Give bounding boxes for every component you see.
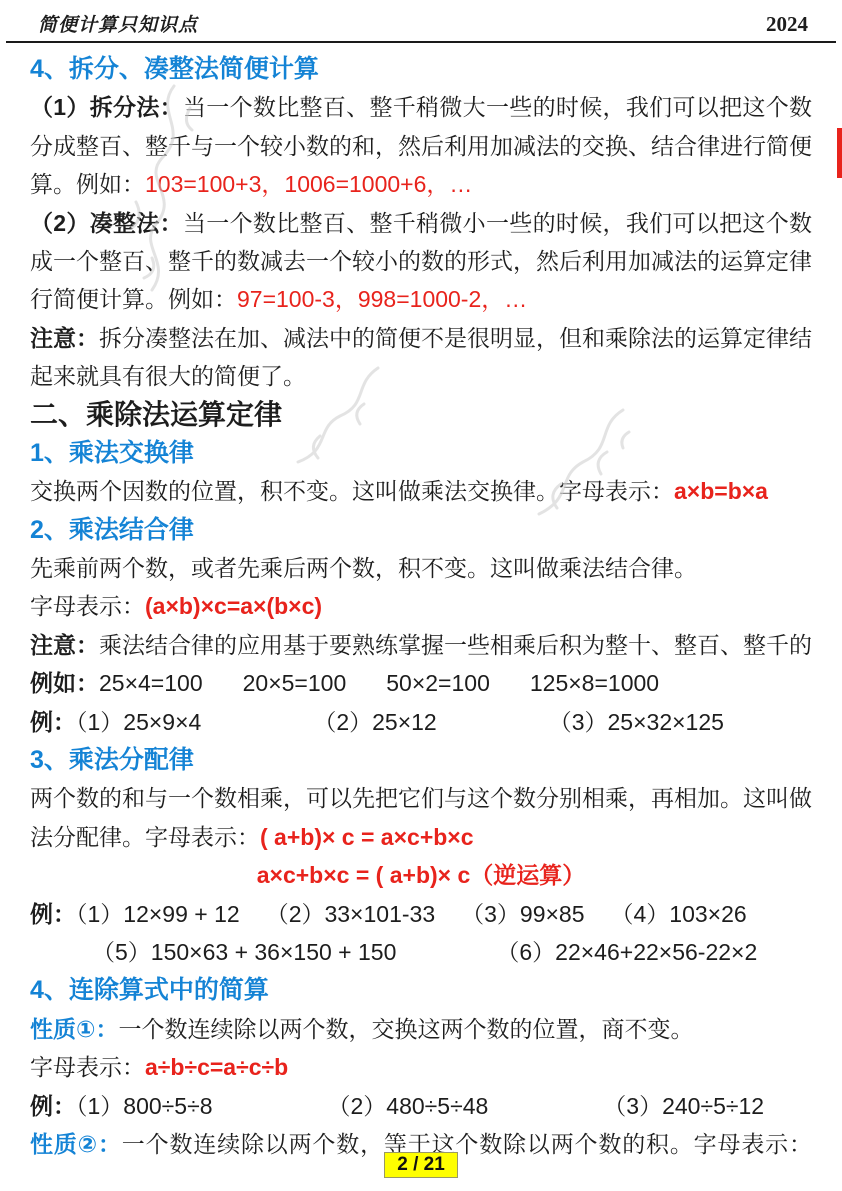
distributive-law-line2: 法分配律。字母表示：( a+b)× c = a×c+b×c	[30, 818, 812, 856]
associative-law-line2: 字母表示：(a×b)×c=a×(b×c)	[30, 587, 812, 625]
exercise-label: 例：	[30, 901, 76, 927]
page-header: 简便计算只知识点 2024	[0, 0, 842, 39]
exercise-item: （1）25×9×4	[76, 709, 201, 735]
split-example-formula: 103=100+3，1006=1000+6，…	[145, 171, 472, 197]
exercise-label: 例：	[30, 1093, 76, 1119]
para-round-line3: 行简便计算。例如：97=100-3，998=1000-2，…	[30, 280, 812, 318]
round-text-3: 行简便计算。例如：	[30, 286, 237, 312]
para-round-line2: 成一个整百、整千的数减去一个较小的数的形式，然后利用加减法的运算定律进	[30, 242, 812, 280]
commutative-law-line: 交换两个因数的位置，积不变。这叫做乘法交换律。字母表示：a×b=b×a	[30, 472, 812, 510]
distributive-exercises-row1: 例：（1）12×99 + 12（2）33×101-33（3）99×85（4）10…	[30, 895, 812, 933]
para-split-line3: 算。例如：103=100+3，1006=1000+6，…	[30, 165, 812, 203]
heading-commutative-law: 1、乘法交换律	[30, 434, 812, 472]
document-body: 4、拆分、凑整法简便计算 （1）拆分法：当一个数比整百、整千稍微大一些的时候，我…	[0, 43, 842, 1163]
exercise-item: （6）22×46+22×56-22×2	[496, 939, 757, 965]
document-page: 简便计算只知识点 2024 4、拆分、凑整法简便计算 （1）拆分法：当一个数比整…	[0, 0, 842, 1191]
exercise-item: （2）480÷5÷48	[328, 1093, 489, 1119]
distributive-law-line1: 两个数的和与一个数相乘，可以先把它们与这个数分别相乘，再相加。这叫做乘	[30, 779, 812, 817]
associative-text: 先乘前两个数，或者先乘后两个数，积不变。这叫做乘法结合律。	[30, 555, 697, 581]
page-indicator: 2 / 21	[384, 1152, 458, 1178]
associative-exercises-line: 例：（1）25×9×4（2）25×12（3）25×32×125	[30, 703, 812, 741]
split-method-label: （1）拆分法：	[30, 94, 183, 120]
para-split-line1: （1）拆分法：当一个数比整百、整千稍微大一些的时候，我们可以把这个数拆	[30, 88, 812, 126]
heading-distributive-law: 3、乘法分配律	[30, 741, 812, 779]
associative-formula: (a×b)×c=a×(b×c)	[145, 593, 322, 619]
distributive-inverse-line: a×c+b×c = ( a+b)× c（逆运算）	[30, 856, 812, 894]
division-exercises-line: 例：（1）800÷5÷8（2）480÷5÷48（3）240÷5÷12	[30, 1087, 812, 1125]
letter-notation-label: 字母表示：	[30, 593, 145, 619]
round-method-label: （2）凑整法：	[30, 210, 183, 236]
example-pair: 25×4=100	[99, 670, 203, 696]
division-property1-line: 性质①：一个数连续除以两个数，交换这两个数的位置，商不变。	[30, 1010, 812, 1048]
division-formula-line: 字母表示：a÷b÷c=a÷c÷b	[30, 1048, 812, 1086]
exercise-item: （3）25×32×125	[549, 709, 724, 735]
red-edge-mark	[837, 128, 842, 178]
round-text-2: 成一个整百、整千的数减去一个较小的数的形式，然后利用加减法的运算定律进	[30, 248, 812, 280]
commutative-text: 交换两个因数的位置，积不变。这叫做乘法交换律。字母表示：	[30, 478, 674, 504]
page-footer: 2 / 21	[0, 1152, 842, 1178]
exercise-item: （3）240÷5÷12	[603, 1093, 764, 1119]
commutative-formula: a×b=b×a	[674, 478, 768, 504]
exercise-label: 例：	[30, 709, 76, 735]
associative-examples-line: 例如：25×4=10020×5=10050×2=100125×8=1000	[30, 664, 812, 702]
property1-text: 一个数连续除以两个数，交换这两个数的位置，商不变。	[118, 1016, 693, 1042]
distributive-text-2: 法分配律。字母表示：	[30, 824, 260, 850]
note-label: 注意：	[30, 632, 99, 658]
split-text-2: 分成整百、整千与一个较小数的和，然后利用加减法的交换、结合律进行简便计	[30, 133, 812, 165]
distributive-exercises-row2: （5）150×63 + 36×150 + 150（6）22×46+22×56-2…	[30, 933, 812, 971]
para-round-line1: （2）凑整法：当一个数比整百、整千稍微小一些的时候，我们可以把这个数写	[30, 204, 812, 242]
note1-line2: 起来就具有很大的简便了。	[30, 357, 812, 395]
example-pair: 50×2=100	[386, 670, 490, 696]
exercise-item: （1）12×99 + 12	[76, 901, 240, 927]
header-year: 2024	[766, 12, 808, 37]
associative-note-text: 乘法结合律的应用基于要熟练掌握一些相乘后积为整十、整百、整千的数。	[30, 632, 812, 664]
round-example-formula: 97=100-3，998=1000-2，…	[237, 286, 527, 312]
example-pair: 125×8=1000	[530, 670, 659, 696]
distributive-inverse-formula: a×c+b×c = ( a+b)× c（逆运算）	[257, 862, 586, 888]
heading-associative-law: 2、乘法结合律	[30, 511, 812, 549]
exercise-item: （4）103×26	[611, 901, 747, 927]
note1-line1: 注意：拆分凑整法在加、减法中的简便不是很明显，但和乘除法的运算定律结合	[30, 319, 812, 357]
heading-serial-division: 4、连除算式中的简算	[30, 971, 812, 1009]
para-split-line2: 分成整百、整千与一个较小数的和，然后利用加减法的交换、结合律进行简便计	[30, 127, 812, 165]
property1-label: 性质①：	[30, 1016, 118, 1042]
note-label: 注意：	[30, 325, 99, 351]
distributive-formula: ( a+b)× c = a×c+b×c	[260, 824, 474, 850]
distributive-text-1: 两个数的和与一个数相乘，可以先把它们与这个数分别相乘，再相加。这叫做乘	[30, 785, 812, 817]
associative-note-line: 注意：乘法结合律的应用基于要熟练掌握一些相乘后积为整十、整百、整千的数。	[30, 626, 812, 664]
note1-text-1: 拆分凑整法在加、减法中的简便不是很明显，但和乘除法的运算定律结合	[30, 325, 812, 357]
exercise-item: （1）800÷5÷8	[76, 1093, 213, 1119]
heading-mul-div-laws: 二、乘除法运算定律	[30, 396, 812, 434]
associative-law-line1: 先乘前两个数，或者先乘后两个数，积不变。这叫做乘法结合律。	[30, 549, 812, 587]
note1-text-2: 起来就具有很大的简便了。	[30, 363, 306, 389]
exercise-item: （3）99×85	[461, 901, 584, 927]
division-formula: a÷b÷c=a÷c÷b	[145, 1054, 288, 1080]
exercise-item: （2）33×101-33	[266, 901, 435, 927]
exercise-item: （2）25×12	[313, 709, 436, 735]
letter-notation-label: 字母表示：	[30, 1054, 145, 1080]
document-title: 简便计算只知识点	[38, 10, 198, 37]
exercise-item: （5）150×63 + 36×150 + 150	[92, 939, 396, 965]
example-pair: 20×5=100	[243, 670, 347, 696]
split-text-3: 算。例如：	[30, 171, 145, 197]
heading-split-round-method: 4、拆分、凑整法简便计算	[30, 50, 812, 88]
example-label: 例如：	[30, 670, 99, 696]
